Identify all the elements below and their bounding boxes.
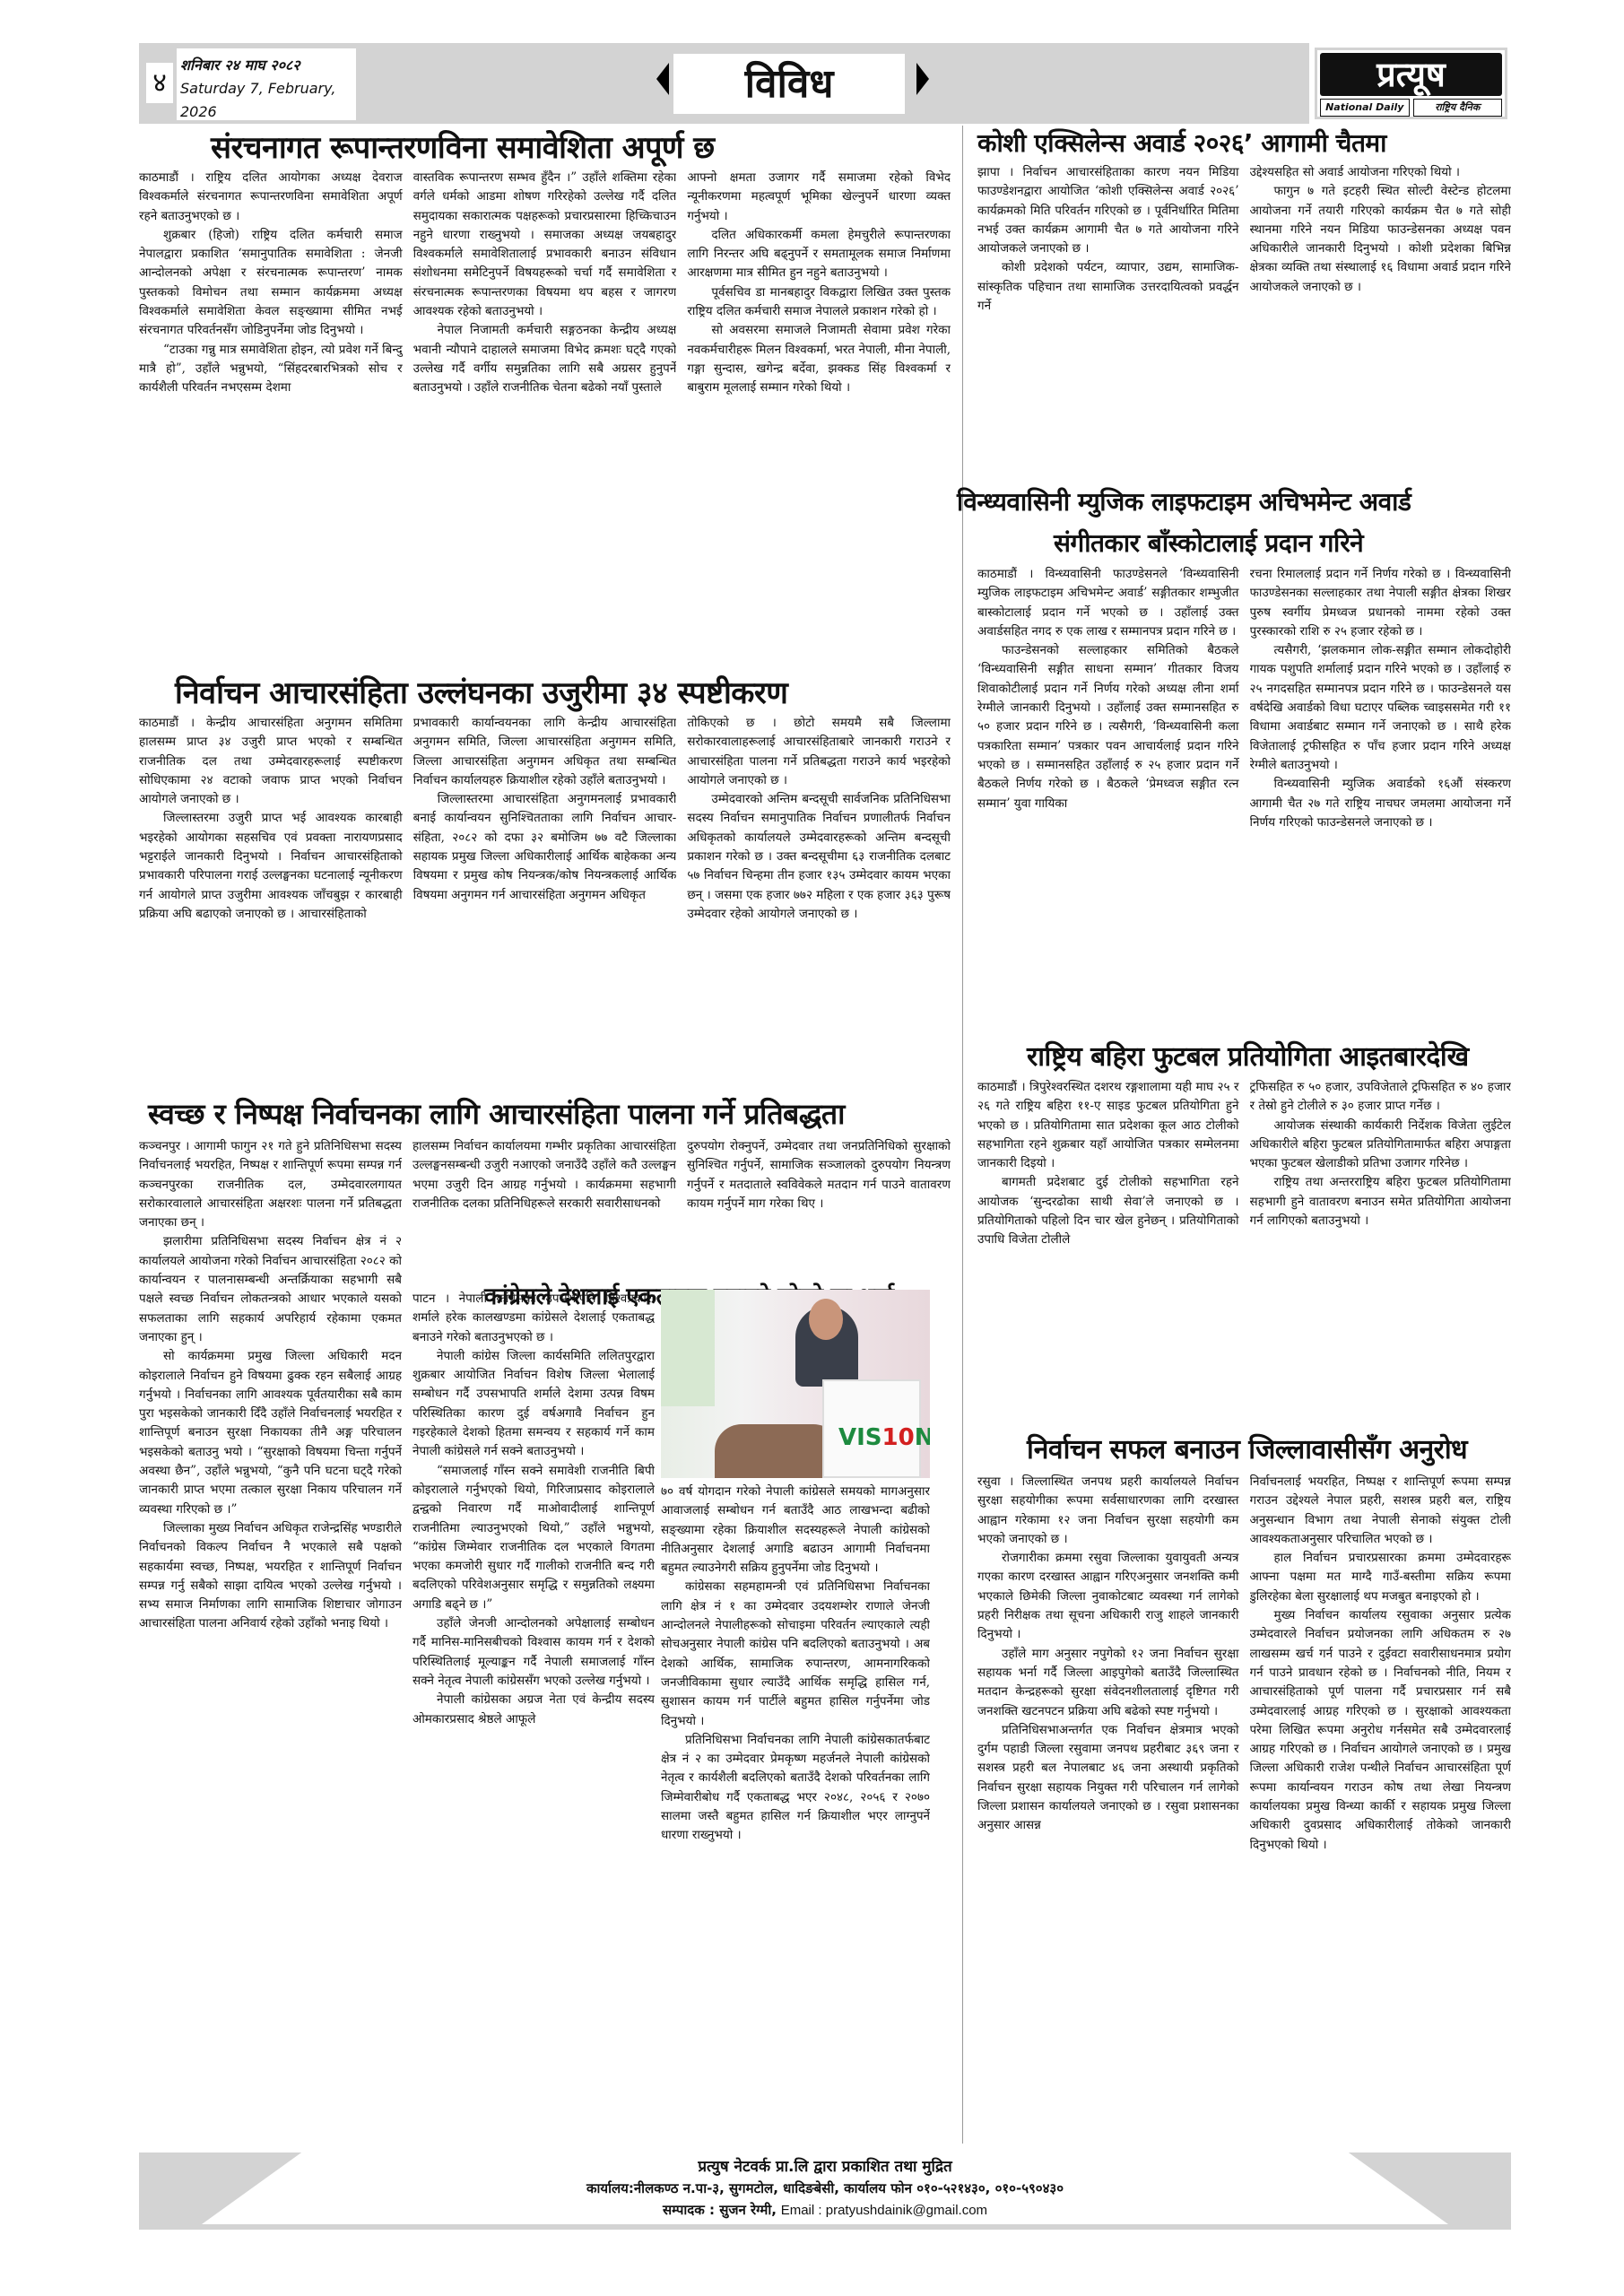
article-column: झापा । निर्वाचन आचारसंहिताका कारण नयन मि… xyxy=(977,163,1239,486)
article-column: ट्रफिसहित रु ५० हजार, उपविजेताले ट्रफिसह… xyxy=(1250,1078,1512,1423)
footer-email[interactable]: Email : pratyushdainik@gmail.com xyxy=(781,2203,987,2218)
date-nepali: शनिबार २४ माघ २०८२ xyxy=(180,54,352,77)
triangle-left-icon xyxy=(656,63,669,95)
article-body: रसुवा । जिल्लास्थित जनपथ प्रहरी कार्यालय… xyxy=(977,1473,1511,2145)
article-column: आफ्नो क्षमता उजागर गर्दै समाजमा रहेको वि… xyxy=(687,169,951,671)
article-column: काठमाडौं । राष्ट्रिय दलित आयोगका अध्यक्ष… xyxy=(139,169,403,671)
article-subheadline: संगीतकार बाँस्कोटालाई प्रदान गरिने xyxy=(1054,526,1363,560)
triangle-right-icon xyxy=(916,63,929,95)
article-headline: निर्वाचन सफल बनाउन जिल्लावासीसँग अनुरोध xyxy=(1027,1430,1467,1466)
article-headline: संरचनागत रूपान्तरणविना समावेशिता अपूर्ण … xyxy=(211,126,715,167)
article-column: काठमाडौं । विन्ध्यवासिनी फाउण्डेसनले ‘वि… xyxy=(977,565,1239,1031)
footer-editor: सम्पादक : सुजन रेग्मी, xyxy=(663,2202,777,2218)
footer-publisher: प्रत्युष नेटवर्क प्रा.लि द्वारा प्रकाशित… xyxy=(202,2156,1448,2178)
date-box: शनिबार २४ माघ २०८२ Saturday 7, February,… xyxy=(177,48,356,120)
footer-contact: सम्पादक : सुजन रेग्मी, Email : pratyushd… xyxy=(202,2199,1448,2222)
article-column: दुरुपयोग रोक्नुपर्ने, उम्मेदवार तथा जनप्… xyxy=(687,1137,951,1285)
article-headline: राष्ट्रिय बहिरा फुटबल प्रतियोगिता आइतबार… xyxy=(1027,1037,1469,1074)
section-title: विविध xyxy=(673,54,905,114)
article-column: उद्देश्यसहित सो अवार्ड आयोजना गरिएको थिय… xyxy=(1250,163,1512,486)
article-column: काठमाडौं । त्रिपुरेश्वरस्थित दशरथ रङ्गशा… xyxy=(977,1078,1239,1423)
article-headline: स्वच्छ र निष्पक्ष निर्वाचनका लागि आचारसं… xyxy=(148,1094,845,1133)
article-body: काठमाडौं । विन्ध्यवासिनी फाउण्डेसनले ‘वि… xyxy=(977,565,1511,1031)
footer-office: कार्यालय:नीलकण्ठ न.पा-३, सुगमटोल, धादिङब… xyxy=(202,2178,1448,2199)
vision-logo: VIS10N xyxy=(838,1424,930,1451)
column-divider xyxy=(962,126,963,2144)
article-column: हालसम्म निर्वाचन कार्यालयमा गम्भीर प्रकृ… xyxy=(413,1137,676,1285)
date-english: Saturday 7, February, 2026 xyxy=(180,77,352,124)
article-column: प्रभावकारी कार्यान्वयनका लागि केन्द्रीय … xyxy=(413,714,677,1113)
newspaper-page: ४ शनिबार २४ माघ २०८२ Saturday 7, Februar… xyxy=(139,43,1511,2222)
logo-tag-nepali: राष्ट्रिय दैनिक xyxy=(1413,99,1503,117)
logo: प्रत्यूष National Daily राष्ट्रिय दैनिक xyxy=(1315,48,1507,119)
masthead: ४ शनिबार २४ माघ २०८२ Saturday 7, Februar… xyxy=(139,43,1309,124)
article-headline: निर्वाचन आचारसंहिता उल्लंघनका उजुरीमा ३४… xyxy=(175,671,787,712)
logo-wordmark: प्रत्यूष xyxy=(1320,53,1502,96)
article-column: रचना रिमाललाई प्रदान गर्ने निर्णय गरेको … xyxy=(1250,565,1512,1031)
article-body: काठमाडौं । राष्ट्रिय दलित आयोगका अध्यक्ष… xyxy=(139,169,951,671)
article-column: निर्वाचनलाई भयरहित, निष्पक्ष र शान्तिपूर… xyxy=(1250,1473,1512,2145)
article-column: पाटन । नेपाली कांग्रेसका उपसभापति विश्वप… xyxy=(413,1290,655,2160)
page-number: ४ xyxy=(146,63,173,103)
article-headline: कोशी एक्सिलेन्स अवार्ड २०२६’ आगामी चैतमा xyxy=(977,126,1386,160)
article-photo: VIS10N xyxy=(661,1290,930,1478)
article-body: काठमाडौं । केन्द्रीय आचारसंहिता अनुगमन स… xyxy=(139,714,951,1113)
article-column: रसुवा । जिल्लास्थित जनपथ प्रहरी कार्यालय… xyxy=(977,1473,1239,2145)
article-headline: विन्ध्यवासिनी म्युजिक लाइफटाइम अचिभमेन्ट… xyxy=(957,484,1411,518)
article-column: वास्तविक रूपान्तरण सम्भव हुँदैन ।” उहाँल… xyxy=(413,169,677,671)
article-column: ७० वर्ष योगदान गरेको नेपाली कांग्रेसले स… xyxy=(661,1483,930,2160)
article-column: तोकिएको छ । छोटो समयमै सबै जिल्लामा सरोक… xyxy=(687,714,951,1113)
article-column: काठमाडौं । केन्द्रीय आचारसंहिता अनुगमन स… xyxy=(139,714,403,1113)
article-body: झापा । निर्वाचन आचारसंहिताका कारण नयन मि… xyxy=(977,163,1511,486)
logo-tag-english: National Daily xyxy=(1320,99,1410,117)
article-body: काठमाडौं । त्रिपुरेश्वरस्थित दशरथ रङ्गशा… xyxy=(977,1078,1511,1423)
article-body: कञ्चनपुर । आगामी फागुन २१ गते हुने प्रति… xyxy=(139,1137,951,1285)
footer: प्रत्युष नेटवर्क प्रा.लि द्वारा प्रकाशित… xyxy=(139,2152,1511,2230)
article-column: कञ्चनपुर । आगामी फागुन २१ गते हुने प्रति… xyxy=(139,1137,402,2160)
